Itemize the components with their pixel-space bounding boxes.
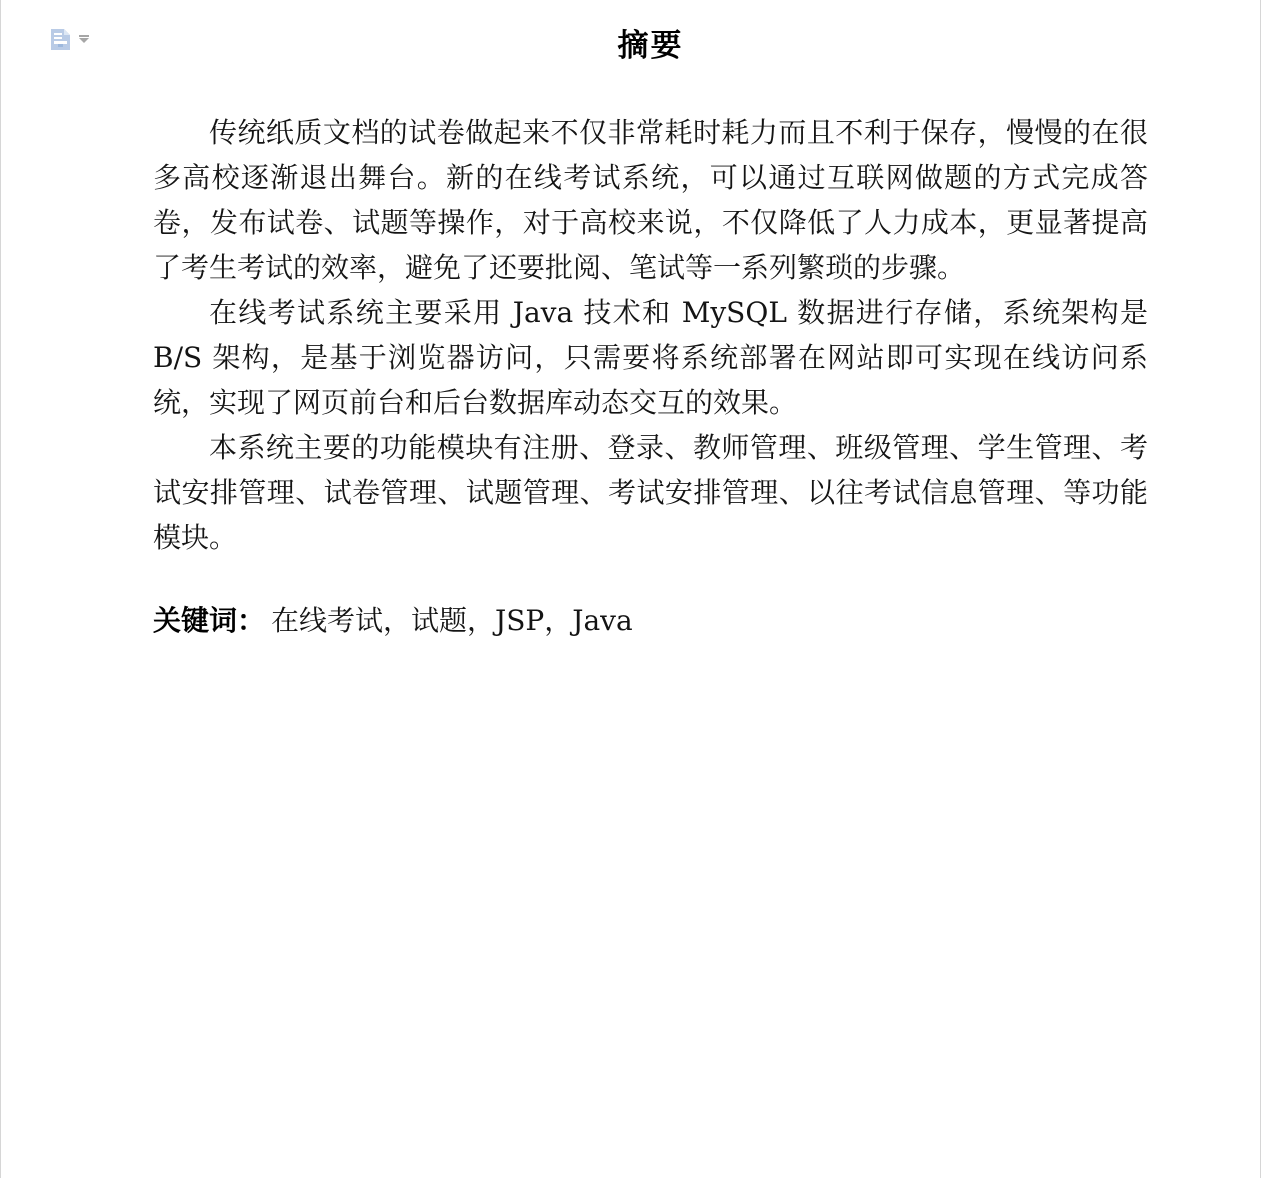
abstract-body: 传统纸质文档的试卷做起来不仅非常耗时耗力而且不利于保存，慢慢的在很多高校逐渐退出… [153,110,1148,560]
keywords-line: 关键词：在线考试，试题，JSP，Java [153,598,1148,643]
abstract-paragraph-2: 在线考试系统主要采用 Java 技术和 MySQL 数据进行存储，系统架构是 B… [153,290,1148,425]
document-content: 摘要 传统纸质文档的试卷做起来不仅非常耗时耗力而且不利于保存，慢慢的在很多高校逐… [1,0,1260,643]
page-title: 摘要 [153,22,1148,70]
abstract-paragraph-1: 传统纸质文档的试卷做起来不仅非常耗时耗力而且不利于保存，慢慢的在很多高校逐渐退出… [153,110,1148,290]
keywords-label: 关键词： [153,604,265,637]
abstract-paragraph-3: 本系统主要的功能模块有注册、登录、教师管理、班级管理、学生管理、考试安排管理、试… [153,425,1148,560]
document-page: 摘要 传统纸质文档的试卷做起来不仅非常耗时耗力而且不利于保存，慢慢的在很多高校逐… [0,0,1261,1178]
keywords-value: 在线考试，试题，JSP，Java [271,604,633,637]
